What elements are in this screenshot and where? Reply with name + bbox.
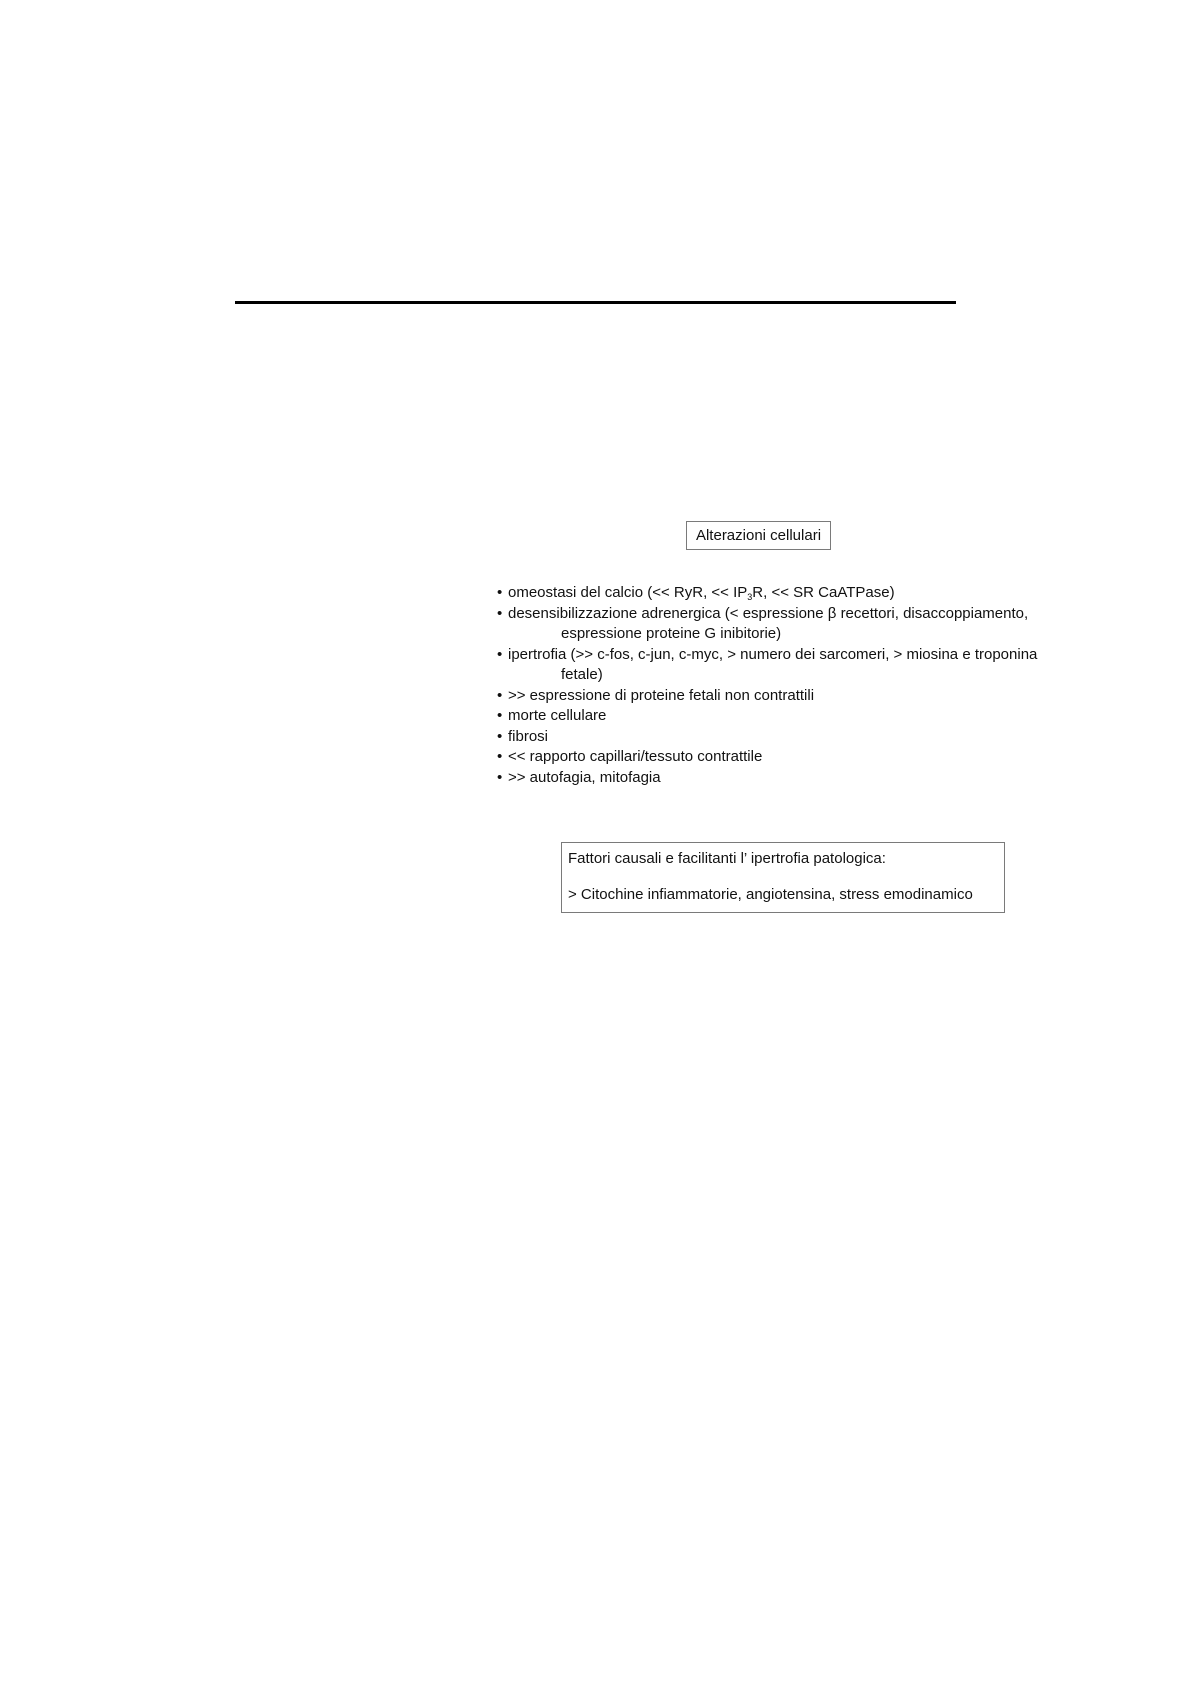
horizontal-rule [235,301,956,304]
causal-factors-box: Fattori causali e facilitanti l’ ipertro… [561,842,1005,913]
list-item-text: morte cellulare [508,707,606,724]
bullet-icon: • [497,583,502,604]
list-item: • morte cellulare [497,706,1037,727]
bullet-icon: • [497,747,502,768]
list-item-text: desensibilizzazione adrenergica (< espre… [508,605,1028,622]
list-item: • >> espressione di proteine fetali non … [497,686,1037,707]
bullet-icon: • [497,686,502,707]
list-item-text: << rapporto capillari/tessuto contrattil… [508,748,762,765]
list-item: • omeostasi del calcio (<< RyR, << IP3R,… [497,583,1037,604]
bullet-icon: • [497,645,502,666]
list-item: • ipertrofia (>> c-fos, c-jun, c-myc, > … [497,645,1037,686]
list-item-continuation: espressione proteine G inibitorie) [508,624,1037,645]
list-item: • fibrosi [497,727,1037,748]
list-item-text: fibrosi [508,728,548,745]
list-item: • desensibilizzazione adrenergica (< esp… [497,604,1037,645]
bullet-icon: • [497,768,502,789]
list-item-continuation: fetale) [508,665,1037,686]
bullet-icon: • [497,604,502,625]
bullet-icon: • [497,727,502,748]
spacer [568,869,1004,885]
list-item: • >> autofagia, mitofagia [497,768,1037,789]
list-item-text: omeostasi del calcio (<< RyR, << IP3R, <… [508,584,895,601]
list-item-text: >> espressione di proteine fetali non co… [508,687,814,704]
bullet-icon: • [497,706,502,727]
heading-text: Alterazioni cellulari [696,527,821,544]
factor-box-content: > Citochine infiammatorie, angiotensina,… [568,885,1004,905]
cellular-alterations-heading-box: Alterazioni cellulari [686,521,831,550]
list-item: • << rapporto capillari/tessuto contratt… [497,747,1037,768]
list-item-text: ipertrofia (>> c-fos, c-jun, c-myc, > nu… [508,646,1037,663]
list-item-text: >> autofagia, mitofagia [508,769,661,786]
factor-box-title: Fattori causali e facilitanti l’ ipertro… [568,849,1004,869]
alterations-list: • omeostasi del calcio (<< RyR, << IP3R,… [497,583,1037,788]
